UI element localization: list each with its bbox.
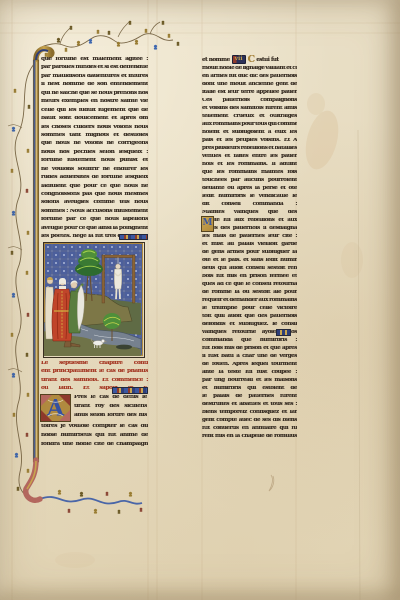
text-line: tellement crueulx et oultraiges (202, 114, 297, 120)
text-line: deus qui auoit conseil sestoit ren (202, 266, 297, 272)
text-line: ote et le pais. et sans ledit humir (202, 258, 297, 264)
text-line: par parolles nundes et si est deffendue (41, 65, 148, 71)
text-line: toires je vouloie compter le cas du (41, 424, 148, 430)
text-line: il nest homme de son entendement (41, 82, 148, 88)
text-fragment: et nomme (202, 57, 230, 63)
line-filler (112, 387, 148, 394)
text-line: aveugle pour ce que ainsi la poingnent (41, 226, 148, 232)
inline-initial: M (201, 216, 214, 232)
text-line: Pres le cas de denis le (74, 395, 147, 401)
left-column-below-initial: toires je vouloie compter le cas dunoble… (41, 424, 148, 448)
text-line: et voisins des samitois furent amis (202, 106, 297, 112)
text-line: meurs exemples en nostre sainte vie (41, 99, 148, 105)
text-line: les mais de pauernes leur cite : (202, 234, 297, 240)
text-line: nois et les rommains. Il aduint (202, 162, 297, 168)
text-line: dont une moult ancienne gent de (202, 82, 297, 88)
text-line: que les rommains maintes fois (202, 170, 297, 176)
text-line: de romme la ou sestoit ale pour (202, 290, 297, 296)
right-column-first-line: et nomme vii C estui fut (202, 55, 297, 64)
text-line: sommes : Nous accusons iniustement (41, 209, 148, 215)
text-line: fondra une noble cite de champaign (41, 442, 148, 448)
text-line: qui ne saiche que se nous prenons nos (41, 91, 148, 97)
chapter-number-badge: vii (232, 55, 246, 64)
text-line: mente lui aux rebellions et aux (202, 218, 297, 224)
text-line: fortune par ce que nous lapellons (41, 217, 148, 223)
text-line: il fust batu a char une de verges (202, 354, 297, 360)
line-filler (119, 234, 148, 241)
ivy-vine-bottom (40, 490, 142, 514)
text-line: ques ad ce que le conseil retourna (202, 282, 297, 288)
text-line: par mauldisons dauentures et iniures (41, 74, 148, 80)
text-line: que fortune est malement agitee : (41, 57, 148, 63)
text-line: le triumphe pour celle victoire (202, 306, 297, 312)
text-line: ante la teste lui fust coupee : (202, 370, 297, 376)
text-line: rent mis en la chapelle de romulus (202, 434, 297, 440)
text-line: dit conseil commanda : (202, 202, 297, 208)
gold-initial: C (248, 56, 256, 63)
rubric-line: tirant des samnois. Et commence : (41, 378, 148, 384)
text-line: touchees par aucuns pourroient (202, 178, 297, 184)
text-line: biens temporelz confisquez et lar (202, 410, 297, 416)
right-column: moult noble de lignaige vaillant et ceen… (202, 66, 297, 440)
text-fragment: estui fut (256, 57, 278, 63)
text-line: en armes fut duc dic des pauernois (202, 74, 297, 80)
text-line: Ces pauernois compaignons (202, 98, 297, 104)
text-line: allees des pauernois il desdaigna (202, 226, 297, 232)
dark-creature (116, 345, 132, 350)
page-crease (358, 130, 360, 600)
text-line: par ung bourreau et les maisons (202, 378, 297, 384)
text-line: celle qui les iudult iugement que de (41, 108, 148, 114)
rubric-line: Le septiesme chapitre conti (41, 361, 148, 367)
text-line: gent compte auec de ses dis biens (202, 418, 297, 424)
text-line: et mist au palais vieilloit garde (202, 242, 297, 248)
text-line: ledit humirbris le vendicaule le (202, 194, 297, 200)
text-line: fortune iustement nous punist et (41, 158, 148, 164)
text-line: deuante ou apres la perse et ote (202, 186, 297, 192)
text-line: rudes aduersites de fortune lesquelx (41, 175, 148, 181)
text-line: fut conuertis en annuaire qui fu (202, 426, 297, 432)
text-line: sommes tant mignots et desuoies (41, 133, 148, 139)
text-line: toit quil auoit que des pauernois (202, 314, 297, 320)
text-line: noble humirbeus qui fut anime de (41, 433, 148, 439)
text-line: commanda que humirbris : (202, 338, 297, 344)
drop-cap-letter: A (46, 396, 65, 422)
text-line: et humirbris qui estoient de (202, 386, 297, 392)
miniature-gallows-scene (44, 243, 143, 356)
text-line: fut bois mis de prison et que apres (202, 346, 297, 352)
text-line: les choses cuiders nous voions nous (41, 125, 148, 131)
text-line: bois fut mis en prison fermee et (202, 274, 297, 280)
text-line: moult noble de lignaige vaillant et ce (202, 66, 297, 72)
text-line: ladiuient que pour ce que nous ne (41, 184, 148, 190)
text-line: pres plusieurs rebellions et batailles (202, 146, 297, 152)
text-line: italie est leur terre appellee pauer (202, 90, 297, 96)
offset-mark (269, 475, 274, 491)
text-line: que nous ne voions ne corrigeons (41, 141, 148, 147)
left-column-upper: que fortune est malement agitee :par par… (41, 57, 148, 240)
rubric-line: ent principaulment le cas de phanus (41, 369, 148, 375)
text-line: de fouen. Apres lequel tourment (202, 362, 297, 368)
text-line: bault sont doulcement et apres om (41, 116, 148, 122)
text-line: destruites et abatues et tous ses : (202, 402, 297, 408)
text-line: noient et subiugoient a eulx les (202, 130, 297, 136)
text-line: le palais de pauernes furent (202, 394, 297, 400)
text-line: venues et faites entre les pauer (202, 154, 297, 160)
manuscript-page: que fortune est malement agitee :par par… (0, 0, 400, 600)
text-line: tirant roy des siciliens (74, 404, 147, 410)
text-line: requeir et demander aux rommains (202, 298, 297, 304)
text-line: nous nos pechies selon lesquelx : (41, 150, 148, 156)
text-line: defondis et subiuguez. le consil (202, 322, 297, 328)
ivy-vine-top (35, 22, 173, 62)
miniature-frame (43, 242, 145, 358)
text-line: ne voulons souffrir ne endurer les (41, 167, 148, 173)
text-line: aux rommains pour tous qui comme (202, 122, 297, 128)
text-line: de gens armes pour subiuguer la (202, 250, 297, 256)
text-line: congnoissons pas que nous mesmes (41, 192, 148, 198)
text-line: soions aveugles comme tels nous (41, 200, 148, 206)
illuminated-initial: A (40, 394, 71, 422)
line-ornament (276, 329, 291, 336)
text-line: anus selon lordre des his (74, 413, 147, 419)
text-line: pais et les peuples voisins. Et A (202, 138, 297, 144)
text-line: Maintes vainques que des (202, 210, 297, 216)
ivy-leaves-left (11, 89, 31, 491)
left-column-beside-initial: Pres le cas de denis letirant roy des si… (74, 395, 147, 419)
